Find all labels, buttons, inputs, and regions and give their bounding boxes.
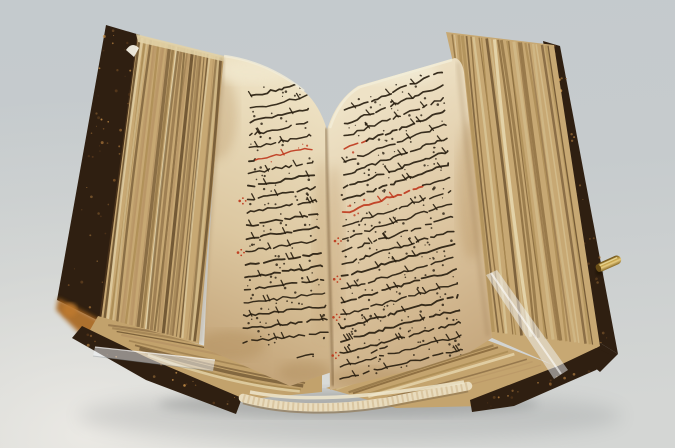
- manuscript-photo-canvas: [0, 0, 675, 448]
- manuscript-photograph: [0, 0, 675, 448]
